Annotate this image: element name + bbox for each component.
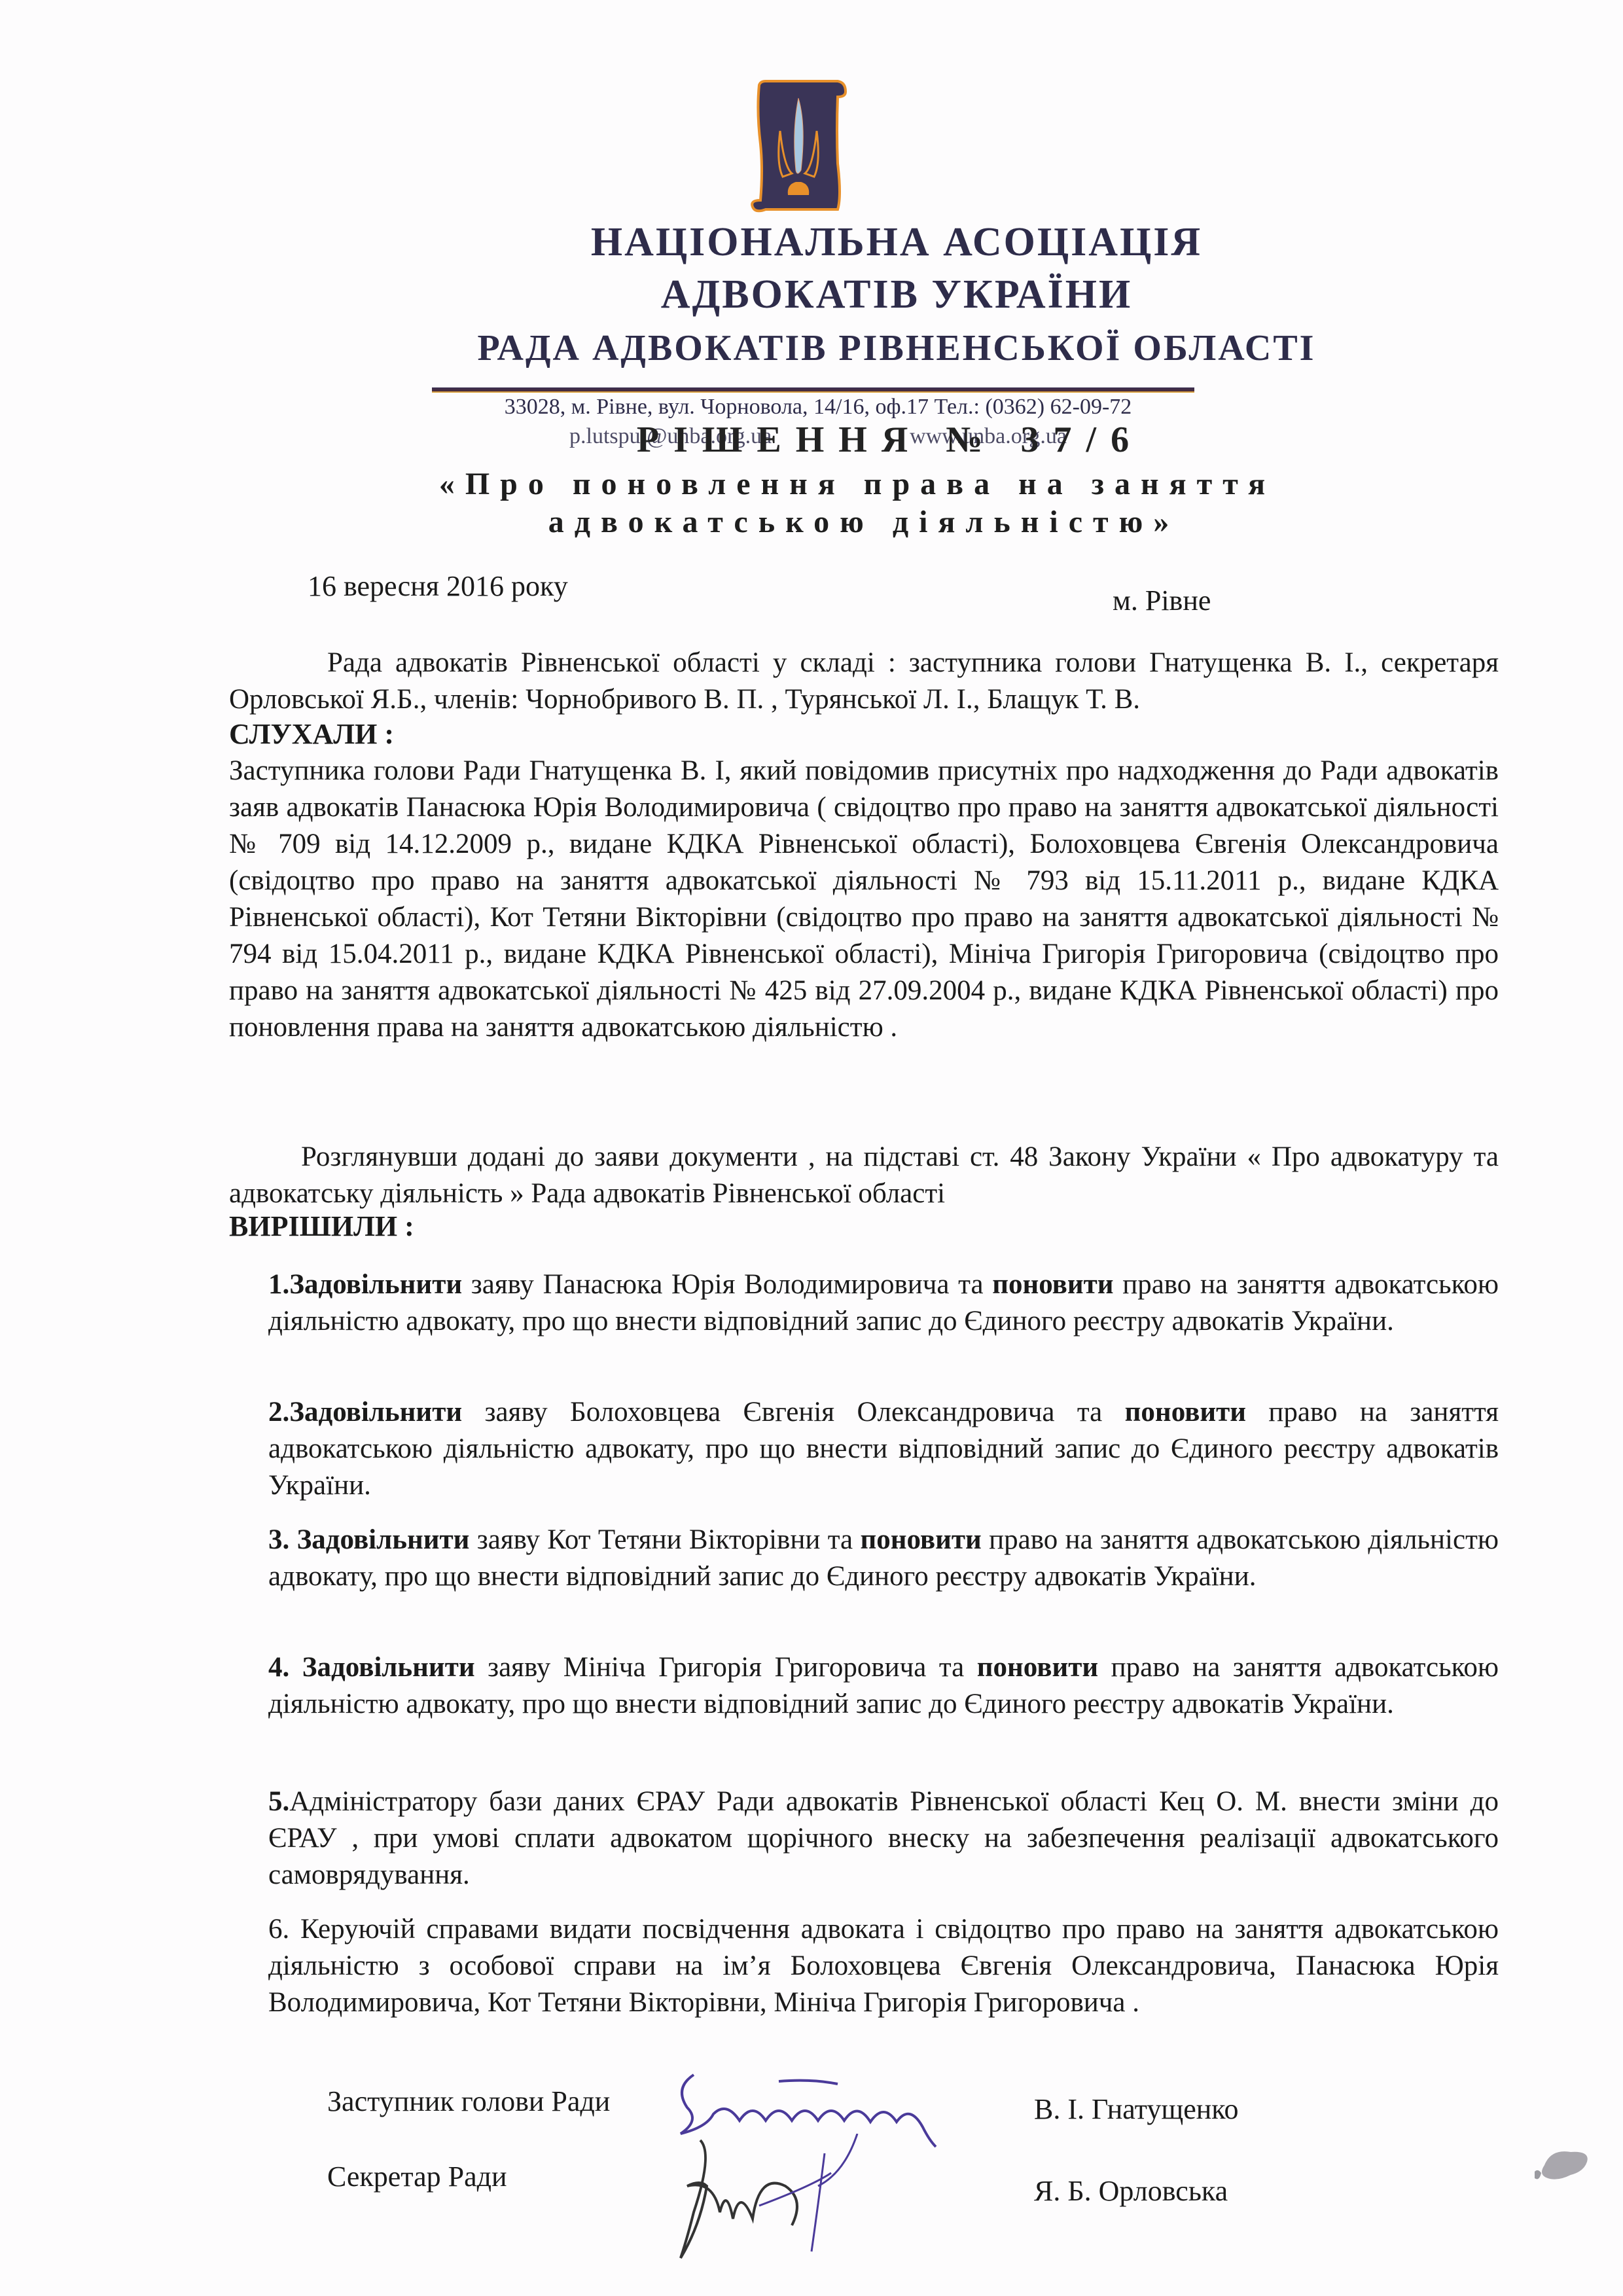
- resolution-number: 6.: [268, 1914, 300, 1945]
- resolution-verb: Задовільнити: [302, 1652, 475, 1683]
- heard-heading: СЛУХАЛИ :: [229, 717, 394, 751]
- heard-paragraph: Заступника голови Ради Гнатущенка В. І, …: [229, 753, 1499, 1046]
- letterhead-divider: [432, 387, 1194, 393]
- org-name-line-1: НАЦІОНАЛЬНА АСОЦІАЦІЯ: [85, 219, 1623, 266]
- resolution-verb: Задовільнити: [289, 1397, 462, 1427]
- resolution-number: 5.: [268, 1786, 289, 1817]
- scroll-quill-trident-logo-icon: [746, 79, 851, 219]
- resolution-action: поновити: [860, 1524, 981, 1555]
- handwritten-signature-icon: [661, 2134, 936, 2265]
- signatory-name: В. І. Гнатущенко: [1034, 2092, 1238, 2126]
- council-composition-paragraph: Рада адвокатів Рівненської області у скл…: [229, 645, 1499, 718]
- resolution-applicant: заяву Болоховцева Євгенія Олександровича…: [462, 1397, 1125, 1427]
- considering-paragraph: Розглянувши додані до заяви документи , …: [229, 1139, 1499, 1212]
- org-name-line-3: РАДА АДВОКАТІВ РІВНЕНСЬКОЇ ОБЛАСТІ: [85, 327, 1623, 369]
- resolution-text: Керуючій справами видати посвідчення адв…: [268, 1914, 1499, 2018]
- resolution-action: поновити: [977, 1652, 1098, 1683]
- decision-subject-line-1: «Про поновлення права на заняття: [0, 466, 1623, 502]
- decision-city: м. Рівне: [1113, 584, 1211, 617]
- resolution-action: поновити: [992, 1269, 1113, 1300]
- paper-stain: [1531, 2145, 1597, 2185]
- resolution-verb: Задовільнити: [297, 1524, 470, 1555]
- resolution-number: 4.: [268, 1652, 302, 1683]
- resolution-verb: Задовільнити: [289, 1269, 462, 1300]
- signatory-role: Секретар Ради: [327, 2160, 507, 2193]
- org-name-line-2: АДВОКАТІВ УКРАЇНИ: [85, 272, 1623, 318]
- resolution-applicant: заяву Мініча Григорія Григоровича та: [475, 1652, 977, 1683]
- resolution-item-6: 6. Керуючій справами видати посвідчення …: [268, 1911, 1499, 2021]
- resolution-applicant: заяву Кот Тетяни Вікторівни та: [469, 1524, 860, 1555]
- decided-heading: ВИРІШИЛИ :: [229, 1210, 414, 1243]
- resolution-number: 3.: [268, 1524, 297, 1555]
- decision-date: 16 вересня 2016 року: [308, 569, 568, 603]
- document-page: НАЦІОНАЛЬНА АСОЦІАЦІЯ АДВОКАТІВ УКРАЇНИ …: [0, 0, 1623, 2296]
- resolution-item-2: 2.Задовільнити заяву Болоховцева Євгенія…: [268, 1394, 1499, 1504]
- resolution-item-1: 1.Задовільнити заяву Панасюка Юрія Волод…: [268, 1266, 1499, 1340]
- resolution-item-4: 4. Задовільнити заяву Мініча Григорія Гр…: [268, 1649, 1499, 1723]
- resolution-number: 2.: [268, 1397, 289, 1427]
- resolution-number: 1.: [268, 1269, 289, 1300]
- signatory-role: Заступник голови Ради: [327, 2085, 610, 2118]
- resolution-item-3: 3. Задовільнити заяву Кот Тетяни Вікторі…: [268, 1522, 1499, 1595]
- resolution-text: Адміністратору бази даних ЄРАУ Ради адво…: [268, 1786, 1499, 1890]
- decision-subject-line-2: адвокатською діяльністю»: [0, 504, 1623, 540]
- org-address: 33028, м. Рівне, вул. Чорновола, 14/16, …: [452, 395, 1185, 420]
- decision-title: РІШЕННЯ № 37/6: [0, 419, 1623, 461]
- signatory-name: Я. Б. Орловська: [1034, 2174, 1228, 2208]
- resolution-item-5: 5.Адміністратору бази даних ЄРАУ Ради ад…: [268, 1784, 1499, 1893]
- resolution-action: поновити: [1125, 1397, 1246, 1427]
- resolution-applicant: заяву Панасюка Юрія Володимировича та: [462, 1269, 992, 1300]
